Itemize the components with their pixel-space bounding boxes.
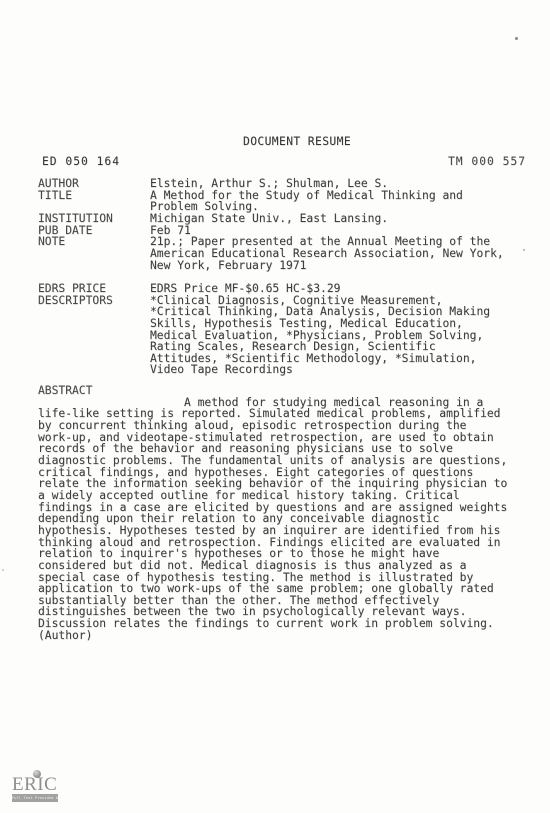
scan-noise-dot xyxy=(515,37,518,40)
field-value: A Method for the Study of Medical Thinki… xyxy=(150,190,524,213)
abstract-label: ABSTRACT xyxy=(38,385,528,397)
eric-logo-tagline: Full Text Provided by ERIC xyxy=(12,794,58,802)
document-resume-header: DOCUMENT RESUME xyxy=(243,136,351,148)
field-row-institution: INSTITUTION Michigan State Univ., East L… xyxy=(38,213,524,225)
field-value: Elstein, Arthur S.; Shulman, Lee S. xyxy=(150,178,524,190)
scan-noise-dot xyxy=(523,249,525,251)
field-row-edrs-price: EDRS PRICE EDRS Price MF-$0.65 HC-$3.29 xyxy=(38,283,524,295)
field-label: DESCRIPTORS xyxy=(38,295,150,307)
field-row-author: AUTHOR Elstein, Arthur S.; Shulman, Lee … xyxy=(38,178,524,190)
field-value: Michigan State Univ., East Lansing. xyxy=(150,213,524,225)
field-label: EDRS PRICE xyxy=(38,283,150,295)
field-label: TITLE xyxy=(38,190,150,202)
field-row-title: TITLE A Method for the Study of Medical … xyxy=(38,190,524,213)
eric-logo: ERIC Full Text Provided by ERIC xyxy=(12,769,60,802)
field-label: INSTITUTION xyxy=(38,213,150,225)
field-value: EDRS Price MF-$0.65 HC-$3.29 xyxy=(150,283,524,295)
field-row-descriptors: DESCRIPTORS *Clinical Diagnosis, Cogniti… xyxy=(38,295,524,377)
field-label: AUTHOR xyxy=(38,178,150,190)
accession-number: TM 000 557 xyxy=(448,156,526,168)
identifier-row: ED 050 164 TM 000 557 xyxy=(0,156,550,169)
field-row-note: NOTE 21p.; Paper presented at the Annual… xyxy=(38,236,524,271)
abstract-text: A method for studying medical reasoning … xyxy=(38,397,528,642)
scan-noise-dot xyxy=(2,569,4,571)
field-label: NOTE xyxy=(38,236,150,248)
abstract-section: ABSTRACT A method for studying medical r… xyxy=(38,385,528,641)
scanned-document-page: DOCUMENT RESUME ED 050 164 TM 000 557 AU… xyxy=(0,0,550,813)
eric-logo-dot-icon xyxy=(33,770,41,778)
metadata-fields: AUTHOR Elstein, Arthur S.; Shulman, Lee … xyxy=(38,178,524,376)
field-value: *Clinical Diagnosis, Cognitive Measureme… xyxy=(150,295,524,377)
field-value: 21p.; Paper presented at the Annual Meet… xyxy=(150,236,524,271)
ed-number: ED 050 164 xyxy=(42,156,120,168)
